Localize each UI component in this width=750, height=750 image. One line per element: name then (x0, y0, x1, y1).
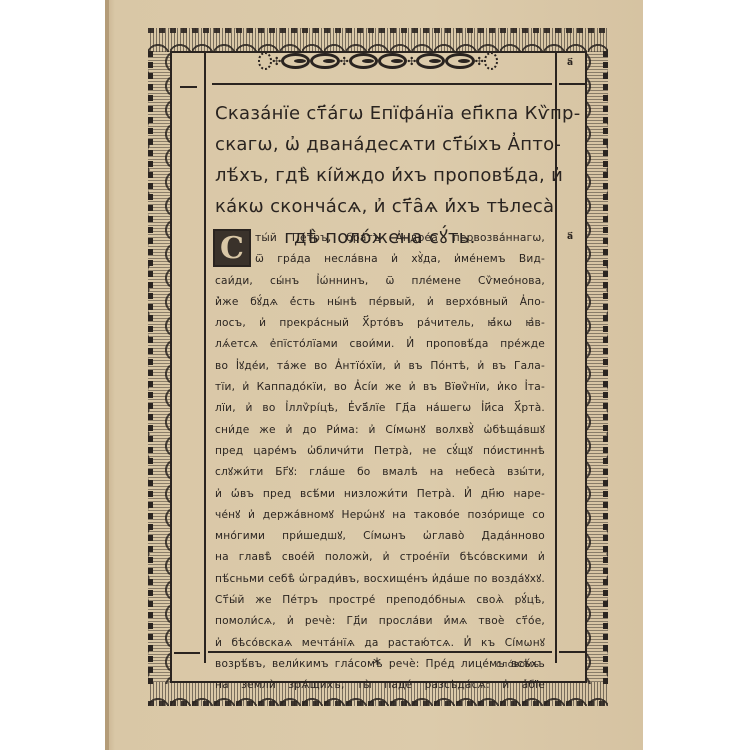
border-left-ornament (148, 50, 170, 684)
knot-ornament-icon (484, 52, 498, 70)
text-line: сни́де же и҆ до Ри́ма: и҆ Сі́мѡнꙋ волхвꙋ… (215, 420, 545, 441)
catchword: сло́вомъ (496, 660, 540, 670)
cross-ornament-icon: ✣ (272, 56, 281, 67)
footer-right-tick (559, 651, 585, 653)
text-line: саи́ди, сы́нъ І҆ѡ́ннинъ, ѿ пле́мене Сѷме… (215, 271, 545, 292)
left-margin-tick (180, 86, 197, 88)
folio-mark-top: а҃ (567, 58, 573, 68)
text-line: че́нꙋ и҆ держа́вномꙋ Нерѡ́нꙋ на таково́е… (215, 505, 545, 526)
text-line: лосъ, и҆ прекра́сный Х҃рто́въ ра́читель,… (215, 313, 545, 334)
title-line: ка́кѡ сконча́сѧ, и҆ ст҃а̑ѧ и҆́хъ тѣлеса̀ (215, 191, 545, 222)
headpiece-ornament: ✣ ✣ ✣ ✣ (258, 50, 498, 72)
text-line: лїи, и҆ во І҆ллѷрі́цѣ, Е҆ѵа҃́лїе Гд҃а на… (215, 398, 545, 419)
text-line: Ст҃ы́й же Пе́тръ простре́ преподо́бныѧ с… (215, 590, 545, 611)
border-right-ornament (586, 50, 608, 684)
text-line: и҆ ѡ҆́въ пред всѣ́ми низложи́ти Петра̀. … (215, 484, 545, 505)
knot-ornament-icon (258, 52, 272, 70)
text-line: на землѝ зрѧ́щихъ, ты̀ паде́ разсѣда́сѧ:… (215, 675, 545, 696)
oval-ornament-icon (378, 53, 407, 69)
page-gutter-shadow (105, 0, 109, 750)
folio-mark-margin: а҃ (567, 232, 573, 242)
inner-frame-right-rule (585, 51, 587, 683)
text-line: ѿ гра́да несла́вна и҆ хꙋ̀да, и҆ме́немъ В… (215, 249, 545, 270)
right-margin-rule (559, 83, 585, 85)
cross-ornament-icon: ✣ (340, 56, 349, 67)
text-line: на главѣ̀ свое́й положѝ, и҆ строе́нїи бѣ… (215, 547, 545, 568)
signature-asterisk: * (373, 654, 381, 673)
text-line: пѣ́сньми себѣ̀ ѡ҆гради́въ, восхище́нъ и҆… (215, 569, 545, 590)
text-line: и҆̀же бꙋ́дѧ е҆́сть ны́нѣ пе́рвый, и҆ вер… (215, 292, 545, 313)
text-line: ты́й Пе́тръ, бра́тъ А҆ндре́а первозва́нн… (215, 228, 545, 249)
text-line: и҆ бѣсо́вскаѧ мечта́нїѧ да растаю́тсѧ. И… (215, 633, 545, 654)
footer-left-tick (174, 652, 200, 654)
title-line: Сказа́нїе ст҃а́гѡ Епїфа́нїа еп҃кпа Кѷпр- (215, 98, 545, 129)
inner-frame-left-rule (170, 51, 172, 683)
text-line: слꙋжи́ти Бг҃ꙋ: гла́ше бо вмалѣ на небеса… (215, 462, 545, 483)
oval-ornament-icon (281, 53, 310, 69)
body-text: ты́й Пе́тръ, бра́тъ А҆ндре́а первозва́нн… (215, 228, 545, 697)
title-line: скагѡ, ѡ҆ двана́десѧти ст҃ы́хъ А҆пто- (215, 129, 545, 160)
border-top-ornament (148, 28, 608, 52)
header-rule (212, 83, 552, 85)
oval-ornament-icon (310, 53, 339, 69)
oval-ornament-icon (416, 53, 445, 69)
oval-ornament-icon (445, 53, 474, 69)
text-line: мно́гими при́шедшꙋ, Сі́мѡнъ ѡ҆главо̀ Дад… (215, 526, 545, 547)
text-line: пред царе́мъ ѡ҆бличи́ти Петра̀, не сꙋ́щꙋ… (215, 441, 545, 462)
cross-ornament-icon: ✣ (475, 56, 484, 67)
text-line: лѧ́етсѧ е҆пїсто́лїами свои́ми. И҆ пропов… (215, 334, 545, 355)
text-line: тїи, и҆ Каппадо́кїи, во А҆сі́и же и҆ въ … (215, 377, 545, 398)
oval-ornament-icon (349, 53, 378, 69)
text-line: помоли́сѧ, и҆ речѐ: Гд҃и просла́ви и҆́мѧ… (215, 611, 545, 632)
cross-ornament-icon: ✣ (407, 56, 416, 67)
text-column-left-rule (204, 51, 206, 663)
title-line: лѣ́хъ, гдѣ̀ кі́йждо и҆́хъ проповѣ́да, и҆ (215, 160, 545, 191)
text-line: во І҆ꙋде́и, та́же во А҆нтїо́хїи, и҆ въ П… (215, 356, 545, 377)
